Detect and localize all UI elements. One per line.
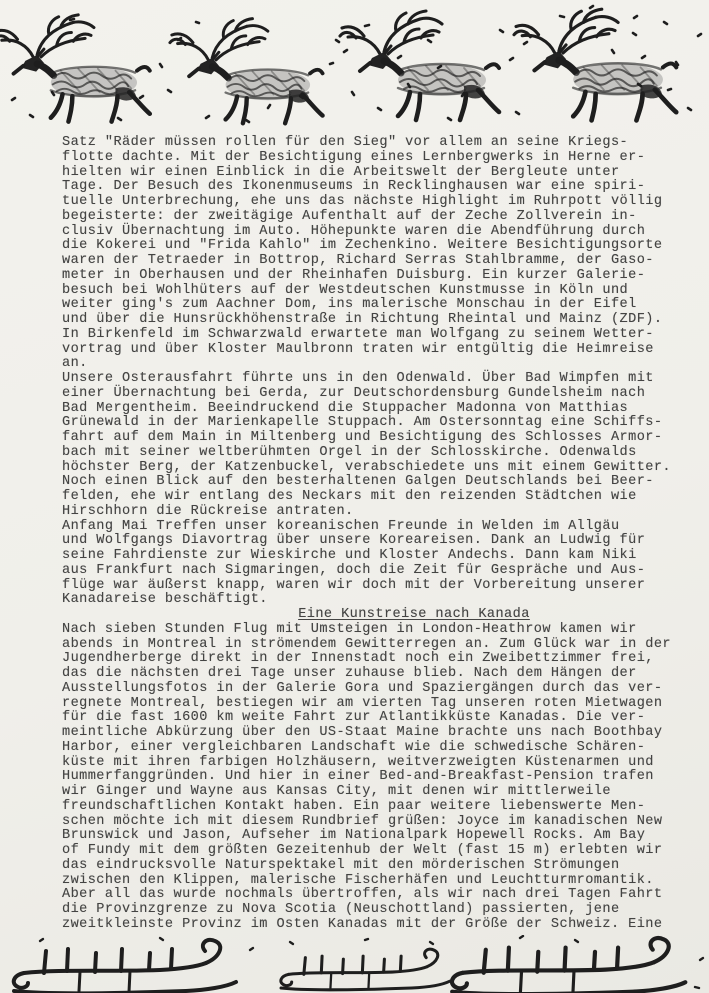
- sled-drawing: [0, 935, 709, 993]
- paragraph-ruhrpott: Satz "Räder müssen rollen für den Sieg" …: [62, 136, 678, 372]
- sled-icon-2: [281, 949, 450, 990]
- reindeer-icon-2: [170, 19, 323, 124]
- reindeer-drawing: [0, 0, 709, 132]
- letter-body: Satz "Räder müssen rollen für den Sieg" …: [62, 136, 678, 933]
- reindeer-icon-1: [0, 15, 150, 122]
- section-heading-kunstreise: Eine Kunstreise nach Kanada: [62, 608, 678, 623]
- paragraph-kanada: Nach sieben Stunden Flug mit Umsteigen i…: [62, 623, 678, 933]
- reindeer-icon-3: [340, 11, 499, 120]
- sled-icon-1: [14, 940, 236, 993]
- snow-dots-bottom: [40, 936, 703, 988]
- paragraph-osterausfahrt: Unsere Osterausfahrt führte uns in den O…: [62, 372, 678, 520]
- sled-icon-3: [452, 938, 685, 993]
- paragraph-mai-treffen: Anfang Mai Treffen unser koreanischen Fr…: [62, 520, 678, 609]
- reindeer-icon-4: [514, 9, 676, 120]
- scanned-letter-page: Satz "Räder müssen rollen für den Sieg" …: [0, 0, 709, 993]
